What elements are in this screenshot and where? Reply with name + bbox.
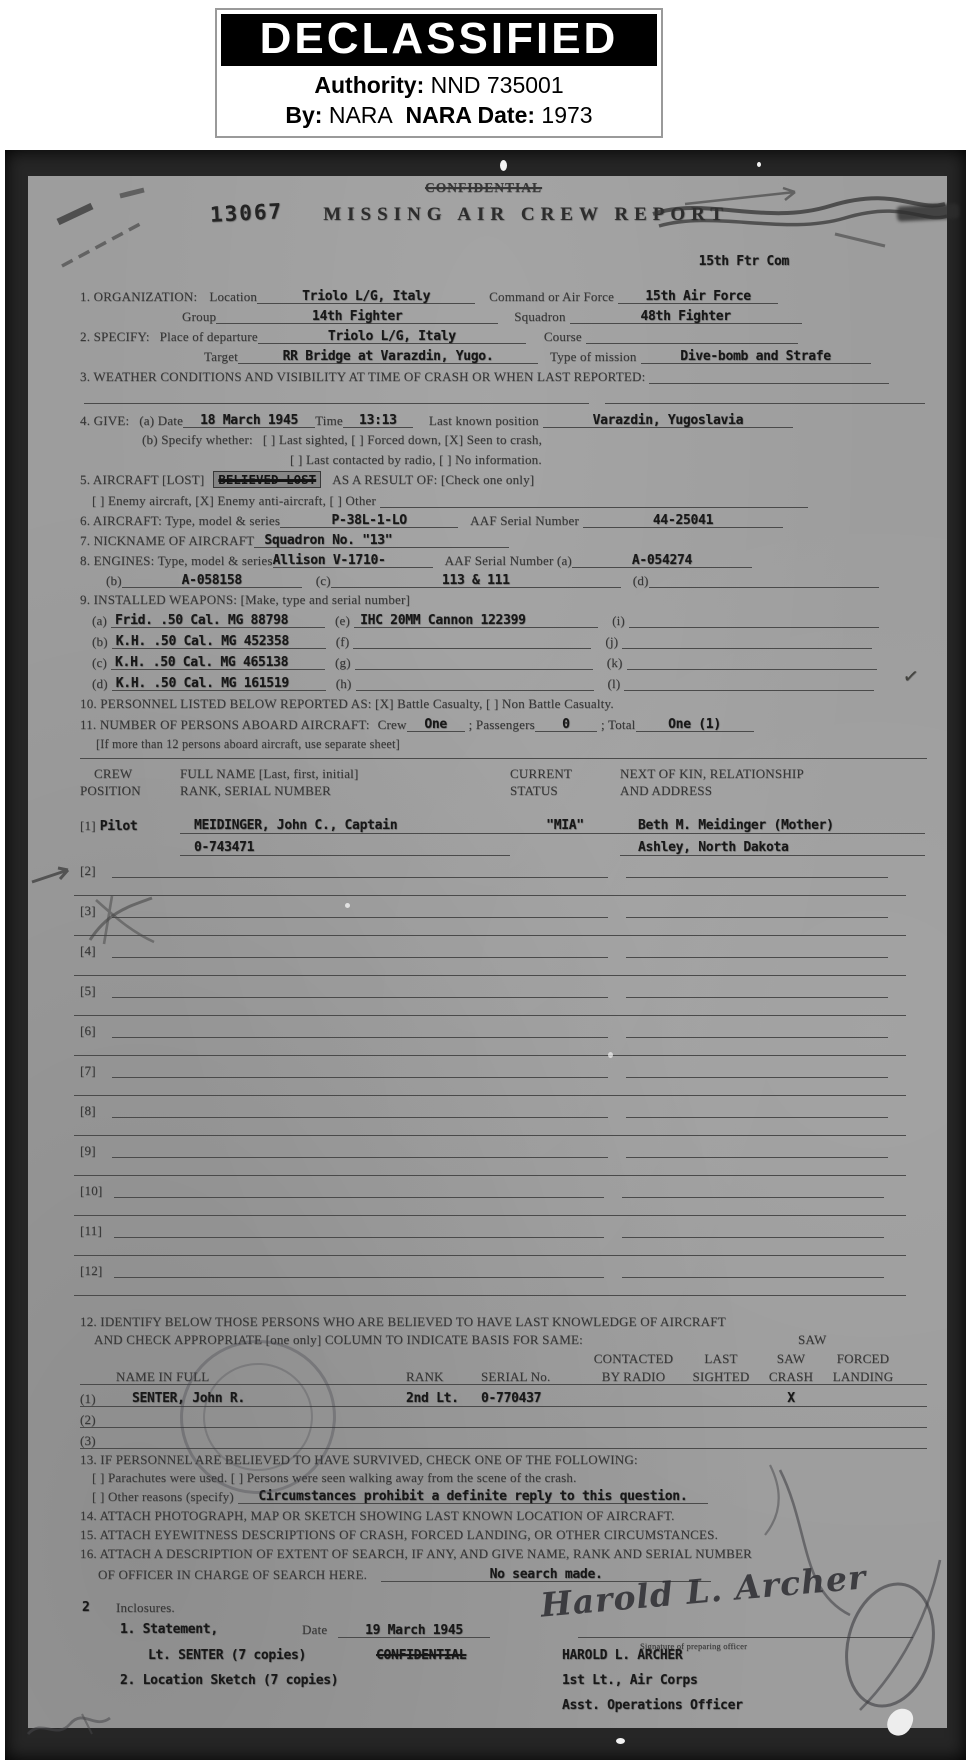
survived-opt2-value: Circumstances prohibit a definite reply … <box>258 1489 687 1504</box>
aircraft-type: P-38L-1-LO <box>332 513 407 528</box>
engines-type: Allison V-1710- <box>273 553 386 568</box>
give-b-options: [ ] Last sighted, [ ] Forced down, [X] S… <box>263 432 542 447</box>
crew-row-num: [5] <box>80 983 96 998</box>
authority-label: Authority: <box>314 72 424 98</box>
crew-h-position: POSITION <box>80 783 180 798</box>
attach16-label-2: OF OFFICER IN CHARGE OF SEARCH HERE. <box>98 1567 367 1582</box>
crew-row-num: [8] <box>80 1103 96 1118</box>
dust-speck <box>500 160 507 171</box>
org-squadron-label: Squadron <box>514 309 565 324</box>
give-position-label: Last known position <box>429 413 539 428</box>
crew-row-3: [3] <box>80 902 927 942</box>
personnel-label: 10. PERSONNEL LISTED BELOW REPORTED AS: … <box>80 696 614 711</box>
give-time-label: Time <box>315 413 343 428</box>
inclosure-item-2: 2. Location Sketch (7 copies) <box>120 1673 338 1688</box>
give-label: 4. GIVE: <box>80 413 129 428</box>
confidential-struck: CONFIDENTIAL <box>425 180 542 195</box>
officer-rank: 1st Lt., Air Corps <box>562 1673 697 1688</box>
give-date-value: 18 March 1945 <box>200 413 298 428</box>
crew-row-1: [1] Pilot MEIDINGER, John C., Captain "M… <box>80 812 927 834</box>
crew-row1-kin: Beth M. Meidinger (Mother) <box>638 818 834 833</box>
identify-h-contacted: CONTACTED <box>586 1352 681 1366</box>
weapon-g-label: (g) <box>335 655 351 670</box>
org-location-value: Triolo L/G, Italy <box>302 289 430 304</box>
crew-row-11: [11] <box>80 1222 927 1262</box>
mission-value: Dive-bomb and Strafe <box>680 349 831 364</box>
give-time-value: 13:13 <box>359 413 397 428</box>
survived-opt1: [ ] Parachutes were used. [ ] Persons we… <box>92 1470 577 1485</box>
pencil-mark <box>40 178 180 273</box>
crew-row-9: [9] <box>80 1142 927 1182</box>
attach15-label: 15. ATTACH EYEWITNESS DESCRIPTIONS OF CR… <box>80 1527 718 1542</box>
crew-table: CREW FULL NAME [Last, first, initial] CU… <box>80 758 927 1302</box>
doc-number: 13067 <box>210 204 284 223</box>
identify-h-serial: SERIAL No. <box>481 1370 586 1384</box>
lost-options: [ ] Enemy aircraft, [X] Enemy anti-aircr… <box>92 493 376 508</box>
dust-speck <box>345 903 350 908</box>
identify-row-crash-mark: X <box>761 1392 821 1406</box>
identify-label2: AND CHECK APPROPRIATE [one only] COLUMN … <box>94 1332 583 1347</box>
aircraft-serial: 44-25041 <box>653 513 713 528</box>
nickname-label: 7. NICKNAME OF AIRCRAFT <box>80 533 254 548</box>
crew-row-6: [6] <box>80 1022 927 1062</box>
nara-line: By: NARA NARA Date: 1973 <box>217 100 661 130</box>
crew-row1-position: Pilot <box>100 819 138 834</box>
declassified-banner: DECLASSIFIED <box>221 14 657 66</box>
crew-row-10: [10] <box>80 1182 927 1222</box>
weapon-d-label: (d) <box>92 676 108 691</box>
crew-row-8: [8] <box>80 1102 927 1142</box>
engines-serial-c: 113 & 111 <box>442 573 510 588</box>
lost-struck-text: BELIEVED LOST <box>214 472 320 487</box>
authority-value: NND 735001 <box>431 72 564 98</box>
identify-row-num: (1) <box>80 1392 116 1406</box>
departure-label: Place of departure <box>160 329 258 344</box>
dust-speck <box>757 162 761 167</box>
weapon-f-label: (f) <box>336 634 350 649</box>
crew-h-crew: CREW <box>80 766 180 781</box>
signature-flourish <box>740 1440 960 1730</box>
pencil-cross-mark <box>82 892 162 947</box>
identify-row-serial: 0-770437 <box>481 1392 586 1406</box>
attach16-value: No search made. <box>490 1567 603 1582</box>
aboard-pass-label: ; Passengers <box>469 717 535 732</box>
authority-line: Authority: NND 735001 <box>217 70 661 100</box>
crew-row-5: [5] <box>80 982 927 1022</box>
weapon-i-label: (i) <box>612 613 625 628</box>
departure-value: Triolo L/G, Italy <box>328 329 456 344</box>
aboard-crew-label: Crew <box>378 717 407 732</box>
identify-h-landing: LANDING <box>821 1370 905 1384</box>
engines-label: 8. ENGINES: Type, model & series <box>80 553 273 568</box>
identify-saw-top: SAW <box>798 1332 826 1347</box>
crew-h-address: AND ADDRESS <box>620 783 925 798</box>
engines-c-label: (c) <box>316 573 331 588</box>
date-value: 19 March 1945 <box>365 1623 463 1638</box>
lost-rest: AS A RESULT OF: [Check one only] <box>332 472 534 487</box>
weapon-e-label: (e) <box>335 613 350 628</box>
give-b-options2: [ ] Last contacted by radio, [ ] No info… <box>290 452 542 467</box>
identify-h-crash: CRASH <box>761 1370 821 1384</box>
crew-row-7: [7] <box>80 1062 927 1102</box>
lost-label: 5. AIRCRAFT [LOST] <box>80 472 204 487</box>
give-date-label: (a) Date <box>139 413 183 428</box>
identify-h-saw: SAW <box>761 1352 821 1366</box>
engines-serial-b: A-058158 <box>182 573 242 588</box>
org-command-value: 15th Air Force <box>645 289 750 304</box>
aboard-note: [If more than 12 persons aboard aircraft… <box>96 737 400 751</box>
pencil-scribble-bottom-left <box>22 1700 122 1755</box>
weapon-e-value: IHC 20MM Cannon 122399 <box>360 613 526 628</box>
crew-row-num: [7] <box>80 1063 96 1078</box>
identify-label1: 12. IDENTIFY BELOW THOSE PERSONS WHO ARE… <box>80 1314 726 1329</box>
inclosure-item-1: 1. Statement, <box>120 1622 218 1637</box>
survived-opt2-label: [ ] Other reasons (specify) <box>92 1489 234 1504</box>
identify-row-num: (3) <box>80 1434 116 1448</box>
nara-date-label: NARA Date: <box>406 102 536 128</box>
crew-row1-name: MEIDINGER, John C., Captain <box>194 818 397 833</box>
nara-date-value: 1973 <box>541 102 592 128</box>
aboard-label: 11. NUMBER OF PERSONS ABOARD AIRCRAFT: <box>80 717 370 732</box>
org-group-label: Group <box>182 309 216 324</box>
engines-serial-label: AAF Serial Number (a) <box>445 553 572 568</box>
by-value: NARA <box>329 102 393 128</box>
weapon-h-label: (h) <box>336 676 352 691</box>
org-location-label: Location <box>209 289 257 304</box>
inclosures-count: 2 <box>82 1600 90 1615</box>
inclosure-item-1b: Lt. SENTER (7 copies) <box>148 1648 306 1663</box>
dust-speck <box>616 1738 625 1744</box>
crew-h-current: CURRENT <box>510 766 620 781</box>
attach16-label-1: 16. ATTACH A DESCRIPTION OF EXTENT OF SE… <box>80 1546 752 1561</box>
crew-row-num: [12] <box>80 1263 102 1278</box>
crew-row-1b: 0-743471 Ashley, North Dakota <box>80 834 927 856</box>
nickname-value: Squadron No. "13" <box>264 533 392 548</box>
aboard-pass-value: 0 <box>562 717 570 732</box>
identify-h-forced: FORCED <box>821 1352 905 1366</box>
inclosures-label: Inclosures. <box>116 1600 175 1615</box>
crew-h-name: FULL NAME [Last, first, initial] <box>180 766 510 781</box>
weapon-b-value: K.H. .50 Cal. MG 452358 <box>116 634 289 649</box>
corner-note: 15th Ftr Com <box>699 254 789 269</box>
weapons-label: 9. INSTALLED WEAPONS: [Make, type and se… <box>80 592 410 607</box>
crew-h-rank: RANK, SERIAL NUMBER <box>180 783 510 798</box>
attach14-label: 14. ATTACH PHOTOGRAPH, MAP OR SKETCH SHO… <box>80 1508 675 1523</box>
crew-h-kin: NEXT OF KIN, RELATIONSHIP <box>620 766 925 781</box>
crew-row1-num: [1] <box>80 818 96 833</box>
declassified-stamp-box: DECLASSIFIED Authority: NND 735001 By: N… <box>215 8 663 138</box>
crew-empty-rows: [2] [3] [4] [5] [6] [7] [8] [9] [10] [11… <box>80 862 927 1302</box>
engines-serial-a: A-054274 <box>632 553 692 568</box>
weapon-b-label: (b) <box>92 634 108 649</box>
course-label: Course <box>544 329 582 344</box>
aircraft-serial-label: AAF Serial Number <box>470 513 579 528</box>
aboard-total-label: ; Total <box>601 717 636 732</box>
identify-h-sighted: SIGHTED <box>681 1370 761 1384</box>
identify-h-rank: RANK <box>406 1370 481 1384</box>
crew-row-12: [12] <box>80 1262 927 1302</box>
org-command-label: Command or Air Force <box>489 289 614 304</box>
aboard-crew-value: One <box>424 717 447 732</box>
engines-b-label: (b) <box>106 573 122 588</box>
aboard-total-value: One (1) <box>668 717 721 732</box>
org-squadron-value: 48th Fighter <box>640 309 730 324</box>
weather-label: 3. WEATHER CONDITIONS AND VISIBILITY AT … <box>80 369 645 384</box>
crew-h-status: STATUS <box>510 783 620 798</box>
weapon-k-label: (k) <box>607 655 623 670</box>
target-label: Target <box>204 349 238 364</box>
specify-label: 2. SPECIFY: <box>80 329 150 344</box>
weapon-c-value: K.H. .50 Cal. MG 465138 <box>115 655 288 670</box>
page: DECLASSIFIED Authority: NND 735001 By: N… <box>0 0 971 1760</box>
crew-row-num: [6] <box>80 1023 96 1038</box>
officer-name: HAROLD L. ARCHER <box>562 1648 682 1663</box>
identify-row-num: (2) <box>80 1413 116 1427</box>
weapon-d-value: K.H. .50 Cal. MG 161519 <box>116 676 289 691</box>
crew-row-2: [2] <box>80 862 927 902</box>
identify-row-rank: 2nd Lt. <box>406 1392 481 1406</box>
give-position-value: Varazdin, Yugoslavia <box>593 413 744 428</box>
org-label: 1. ORGANIZATION: <box>80 289 197 304</box>
weapon-j-label: (j) <box>605 634 618 649</box>
engines-d-label: (d) <box>633 573 649 588</box>
aircraft-label: 6. AIRCRAFT: Type, model & series <box>80 513 280 528</box>
weapon-a-label: (a) <box>92 613 107 628</box>
crew-row-num: [10] <box>80 1183 102 1198</box>
identify-h-radio: BY RADIO <box>586 1370 681 1384</box>
crew-row-4: [4] <box>80 942 927 982</box>
identify-h-last: LAST <box>681 1352 761 1366</box>
crew-row1-serial: 0-743471 <box>194 840 254 855</box>
weapon-a-value: Frid. .50 Cal. MG 88798 <box>115 613 288 628</box>
target-value: RR Bridge at Varazdin, Yugo. <box>283 349 494 364</box>
date-label: Date <box>302 1622 327 1637</box>
weapon-c-label: (c) <box>92 655 107 670</box>
org-group-value: 14th Fighter <box>312 309 402 324</box>
by-label: By: <box>285 102 322 128</box>
mission-label: Type of mission <box>550 349 637 364</box>
crew-row-num: [9] <box>80 1143 96 1158</box>
confidential-bottom-struck: CONFIDENTIAL <box>376 1648 466 1663</box>
dust-speck <box>608 1052 613 1058</box>
crew-row1-kin2: Ashley, North Dakota <box>638 840 789 855</box>
give-b-label: (b) Specify whether: <box>142 432 253 447</box>
crew-arrow-mark <box>28 858 84 892</box>
pencil-checkmark: ✓ <box>903 668 918 685</box>
survived-label: 13. IF PERSONNEL ARE BELIEVED TO HAVE SU… <box>80 1452 638 1467</box>
crew-row-num: [11] <box>80 1223 102 1238</box>
weapon-l-label: (l) <box>608 676 621 691</box>
crew-row1-status: "MIA" <box>546 818 584 833</box>
officer-title: Asst. Operations Officer <box>562 1698 743 1713</box>
